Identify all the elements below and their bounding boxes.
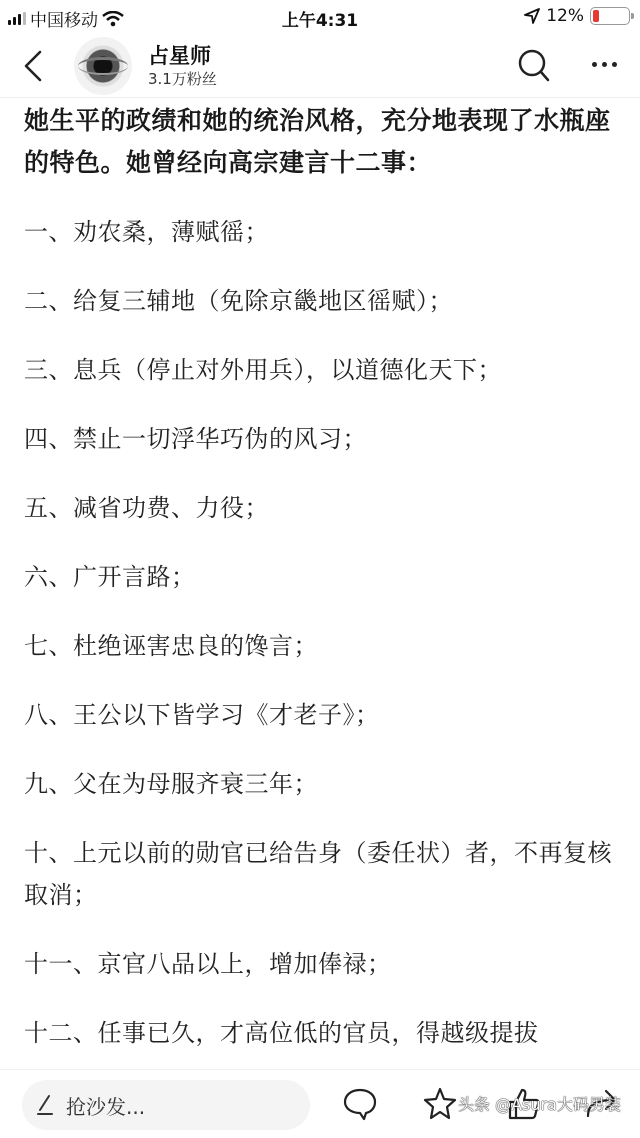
list-item: 十、上元以前的勋官已给告身（委任状）者，不再复核取消； [24, 832, 624, 916]
list-item: 二、给复三辅地（免除京畿地区徭赋）； [24, 280, 624, 322]
bottom-action-bar: 抢沙发... 头条 @Asura大码男装 [0, 1069, 640, 1138]
more-icon[interactable] [584, 52, 624, 76]
article-intro: 她生平的政绩和她的统治风格，充分地表现了水瓶座的特色。她曾经向高宗建言十二事： [24, 100, 624, 184]
list-item: 四、禁止一切浮华巧伪的风习； [24, 418, 624, 460]
watermark: 头条 @Asura大码男装 [458, 1092, 621, 1115]
list-item: 八、王公以下皆学习《才老子》； [24, 694, 624, 736]
back-icon[interactable] [18, 48, 52, 84]
list-item: 三、息兵（停止对外用兵），以道德化天下； [24, 349, 624, 391]
list-item: 五、减省功费、力役； [24, 487, 624, 529]
search-icon[interactable] [516, 46, 552, 86]
list-item: 十二、任事已久，才高位低的官员，得越级提拔 [24, 1012, 624, 1054]
list-item: 七、杜绝诬害忠良的馋言； [24, 625, 624, 667]
article-header: 占星师 3.1万粉丝 [0, 34, 640, 98]
list-item: 十一、京官八品以上，增加俸禄； [24, 943, 624, 985]
comment-placeholder: 抢沙发... [66, 1091, 145, 1120]
status-bar: 中国移动 上午4:31 12% [0, 0, 640, 34]
article-body: 她生平的政绩和她的统治风格，充分地表现了水瓶座的特色。她曾经向高宗建言十二事： … [24, 100, 624, 1069]
comment-input[interactable]: 抢沙发... [22, 1080, 310, 1130]
star-icon[interactable] [422, 1086, 458, 1122]
status-right: 12% [524, 6, 630, 26]
follower-count: 3.1万粉丝 [148, 68, 217, 89]
pencil-icon [36, 1094, 56, 1116]
author-name[interactable]: 占星师 [148, 40, 211, 70]
comment-icon[interactable] [342, 1086, 378, 1122]
battery-percent: 12% [546, 6, 584, 26]
list-item: 九、父在为母服齐衰三年； [24, 763, 624, 805]
list-item: 一、劝农桑，薄赋徭； [24, 211, 624, 253]
location-arrow-icon [524, 8, 540, 24]
avatar[interactable] [74, 37, 132, 95]
battery-icon [590, 7, 630, 25]
list-item: 六、广开言路； [24, 556, 624, 598]
